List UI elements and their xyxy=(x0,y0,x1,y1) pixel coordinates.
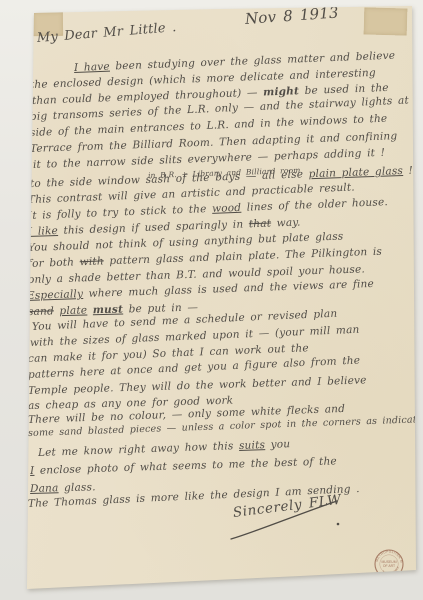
text-segment: that xyxy=(249,218,272,231)
handwritten-line: Dana glass. xyxy=(30,481,96,495)
text-segment: plain plate glass xyxy=(308,165,403,180)
text-segment: I have xyxy=(74,61,110,74)
text-segment: wood xyxy=(212,202,242,215)
text-segment: you xyxy=(265,438,291,451)
tape-top-right xyxy=(364,7,408,35)
letter-date: Nov 8 1913 xyxy=(244,3,339,28)
faint-accession-notation xyxy=(368,578,416,586)
text-segment: the xyxy=(414,93,423,106)
text-segment: I like xyxy=(28,225,58,238)
text-segment: for both xyxy=(28,256,80,270)
text-segment: Especially xyxy=(27,288,84,302)
text-segment: Let me know right away how this xyxy=(38,440,239,459)
text-segment: plate xyxy=(59,304,87,317)
text-segment: glass. xyxy=(58,481,96,494)
text-segment: way. xyxy=(271,216,301,229)
text-segment: must xyxy=(93,304,124,317)
letter-paper: Nov 8 1913 My Dear Mr Little . I have be… xyxy=(0,0,423,600)
text-segment: lines of the older house. xyxy=(241,196,388,214)
text-segment: ! xyxy=(403,165,413,177)
stamp-center-line-2: OF ART xyxy=(383,564,395,568)
handwritten-line: Let me know right away how this suits yo… xyxy=(38,438,291,459)
text-segment: suits xyxy=(239,439,266,452)
signature-flourish xyxy=(225,498,345,544)
text-segment: might xyxy=(263,85,299,98)
text-segment: with xyxy=(79,255,104,268)
text-segment: It is folly to try to stick to the xyxy=(28,203,213,222)
handwritten-line: I enclose photo of what seems to me the … xyxy=(30,455,337,477)
museum-stamp: METROPOLITAN MUSEUM NEW YORK MUSEUM OF A… xyxy=(373,548,405,580)
letter-paper-wrap: Nov 8 1913 My Dear Mr Little . I have be… xyxy=(0,0,423,600)
text-segment: sand xyxy=(28,305,54,318)
text-segment: enclose photo of what seems to me the be… xyxy=(34,455,337,477)
text-segment: Dana xyxy=(30,482,59,495)
